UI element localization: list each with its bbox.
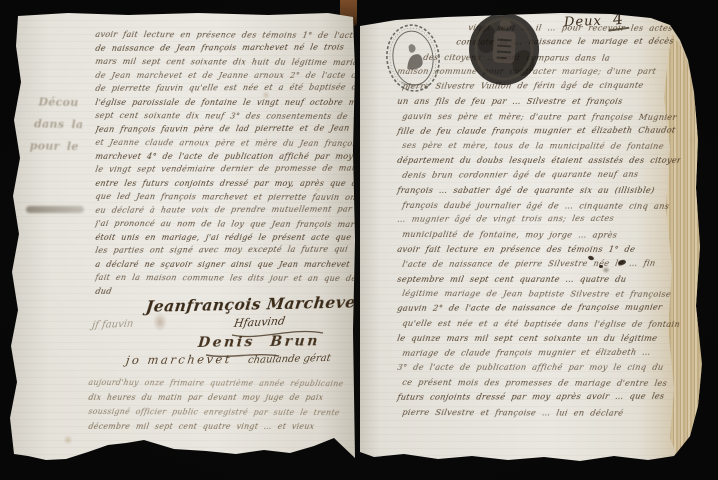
manuscript-line: dix heures du matin par devant moy juge …	[87, 393, 346, 408]
manuscript-line: soussigné officier public enregistré par…	[87, 407, 345, 423]
manuscript-line: mars mil sept cent soixante dix huit du …	[94, 57, 358, 72]
manuscript-line: j'ai prononcé au nom de la loy que Jean …	[94, 219, 358, 234]
left-page-text-block: avoir fait lecture en présence des témoi…	[95, 30, 357, 300]
manuscript-line: les parties ont signé avec moy excepté l…	[94, 245, 359, 260]
signature-jo-marchevet: jo marchevet	[125, 352, 233, 367]
manuscript-line: l'acte de naissance de pierre Silvestre …	[391, 257, 682, 273]
manuscript-line: un ans fils de feu par … Silvestre et fr…	[391, 96, 682, 111]
manuscript-line: futurs conjoints dressé par moy après av…	[391, 391, 682, 407]
manuscript-line: gauvin 2° de l'acte de naissance de fran…	[391, 302, 682, 318]
manuscript-line: qu'elle est née et a été baptisée dans l…	[391, 318, 681, 334]
folio-word: Deux	[564, 14, 602, 30]
manuscript-line: a déclaré ne sçavoir signer ainsi que Je…	[94, 260, 358, 274]
manuscript-line: le vingt sept vendémiaire dernier de pro…	[94, 164, 359, 179]
show-through-smudge	[26, 206, 84, 213]
folio-number: 4	[606, 8, 630, 32]
right-page: vingt sept … il … pour recevoir les acte…	[356, 8, 706, 470]
manuscript-line: Jean françois fauvin père de lad pierret…	[94, 123, 359, 138]
left-page: Découdans lapour le avoir fait lecture e…	[8, 10, 355, 462]
ink-blot	[599, 265, 603, 268]
manuscript-line: le quinze mars mil sept cent soixante un…	[391, 333, 682, 348]
manuscript-line: eu déclaré à haute voix de prendre mutue…	[94, 204, 359, 219]
signature-greffier: chaulande gérat	[247, 353, 331, 366]
signature-denis-brun: Denis Brun	[197, 333, 320, 351]
manuscript-line: décembre mil sept cent quatre vingt … et…	[87, 422, 346, 437]
manuscript-line: 3° de l'acte de publication affiché par …	[391, 362, 682, 377]
manuscript-line: denis brun cordonnier âgé de quarante ne…	[391, 169, 682, 185]
scanned-register-spread: Découdans lapour le avoir fait lecture e…	[0, 0, 718, 480]
manuscript-line: pierre Silvestre et françoise … lui en d…	[391, 407, 681, 423]
manuscript-line: avoir fait lecture en présence des témoi…	[391, 244, 682, 259]
manuscript-line: françois … sabatier âgé de quarante six …	[391, 185, 682, 200]
manuscript-line: aujourd'huy onze frimaire quatrième anné…	[87, 378, 345, 394]
manuscript-line: l'église paroissiale de fontaine le ving…	[94, 98, 358, 112]
manuscript-line: de naissance de Jean françois marchevet …	[94, 42, 359, 57]
signature-faint: jf fauvin	[91, 319, 134, 332]
signature-jeanfrancois-marchevet: Jeanfrançois Marchevet	[145, 292, 365, 316]
folio-annotation: Deux 4	[564, 9, 629, 32]
manuscript-line: septembre mil sept cent quarante … quatr…	[391, 274, 682, 289]
manuscript-line: de pierrette fauvin qu'elle est née et a…	[94, 83, 359, 98]
manuscript-line: département du doubs lesquels étaient as…	[391, 155, 682, 170]
manuscript-line: … mugnier âgé de vingt trois ans; les ac…	[391, 213, 682, 229]
manuscript-line: fille de feu claude françois mugnier et …	[391, 124, 682, 140]
manuscript-line: et Jeanne claude arnoux père et mère du …	[94, 138, 358, 153]
manuscript-line: ses père et mère, tous de la municipalit…	[391, 140, 681, 156]
oval-paper-tax-stamp	[380, 19, 446, 98]
manuscript-line: mariage de claude françois mugnier et él…	[391, 346, 682, 362]
left-page-postscript: aujourd'huy onze frimaire quatrième anné…	[88, 378, 344, 436]
dark-ink-cachet-stamp	[462, 8, 546, 92]
manuscript-line: municipalité de fontaine, moy jorge … ap…	[391, 229, 681, 245]
manuscript-line: entre les futurs conjoints dressé par mo…	[94, 179, 358, 193]
